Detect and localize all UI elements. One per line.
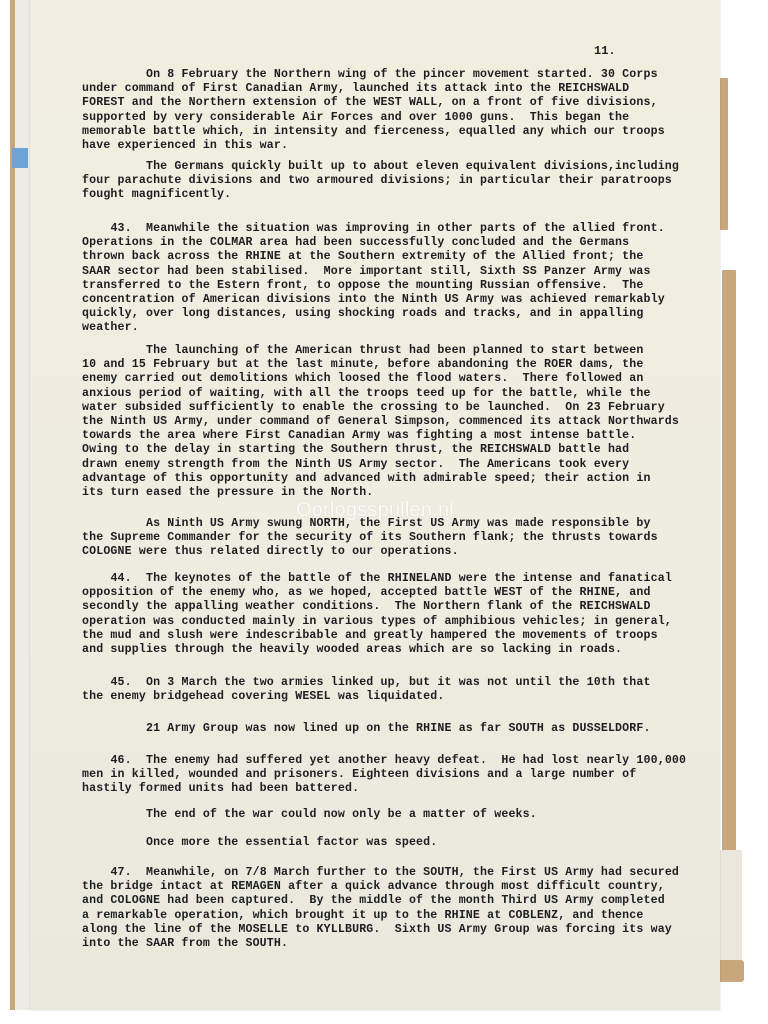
paragraph-47: 47. Meanwhile, on 7/8 March further to t… (82, 866, 679, 951)
blue-index-tab (12, 148, 28, 168)
page-number: 11. (594, 44, 616, 58)
paragraph-44: 44. The keynotes of the battle of the RH… (82, 572, 672, 657)
paragraph: On 8 February the Northern wing of the p… (82, 68, 665, 153)
binding-tab-lower (722, 270, 736, 910)
paragraph-46: 46. The enemy had suffered yet another h… (82, 754, 686, 797)
paragraph: As Ninth US Army swung NORTH, the First … (82, 517, 658, 560)
paragraph: Once more the essential factor was speed… (82, 836, 437, 850)
paragraph-45: 45. On 3 March the two armies linked up,… (82, 676, 651, 704)
paragraph: The Germans quickly built up to about el… (82, 160, 679, 203)
paragraph: 21 Army Group was now lined up on the RH… (82, 722, 651, 736)
watermark: Oorlogsspullen.nl (296, 499, 454, 522)
paragraph-43: 43. Meanwhile the situation was improvin… (82, 222, 665, 336)
paragraph: The launching of the American thrust had… (82, 344, 679, 500)
paragraph: The end of the war could now only be a m… (82, 808, 537, 822)
